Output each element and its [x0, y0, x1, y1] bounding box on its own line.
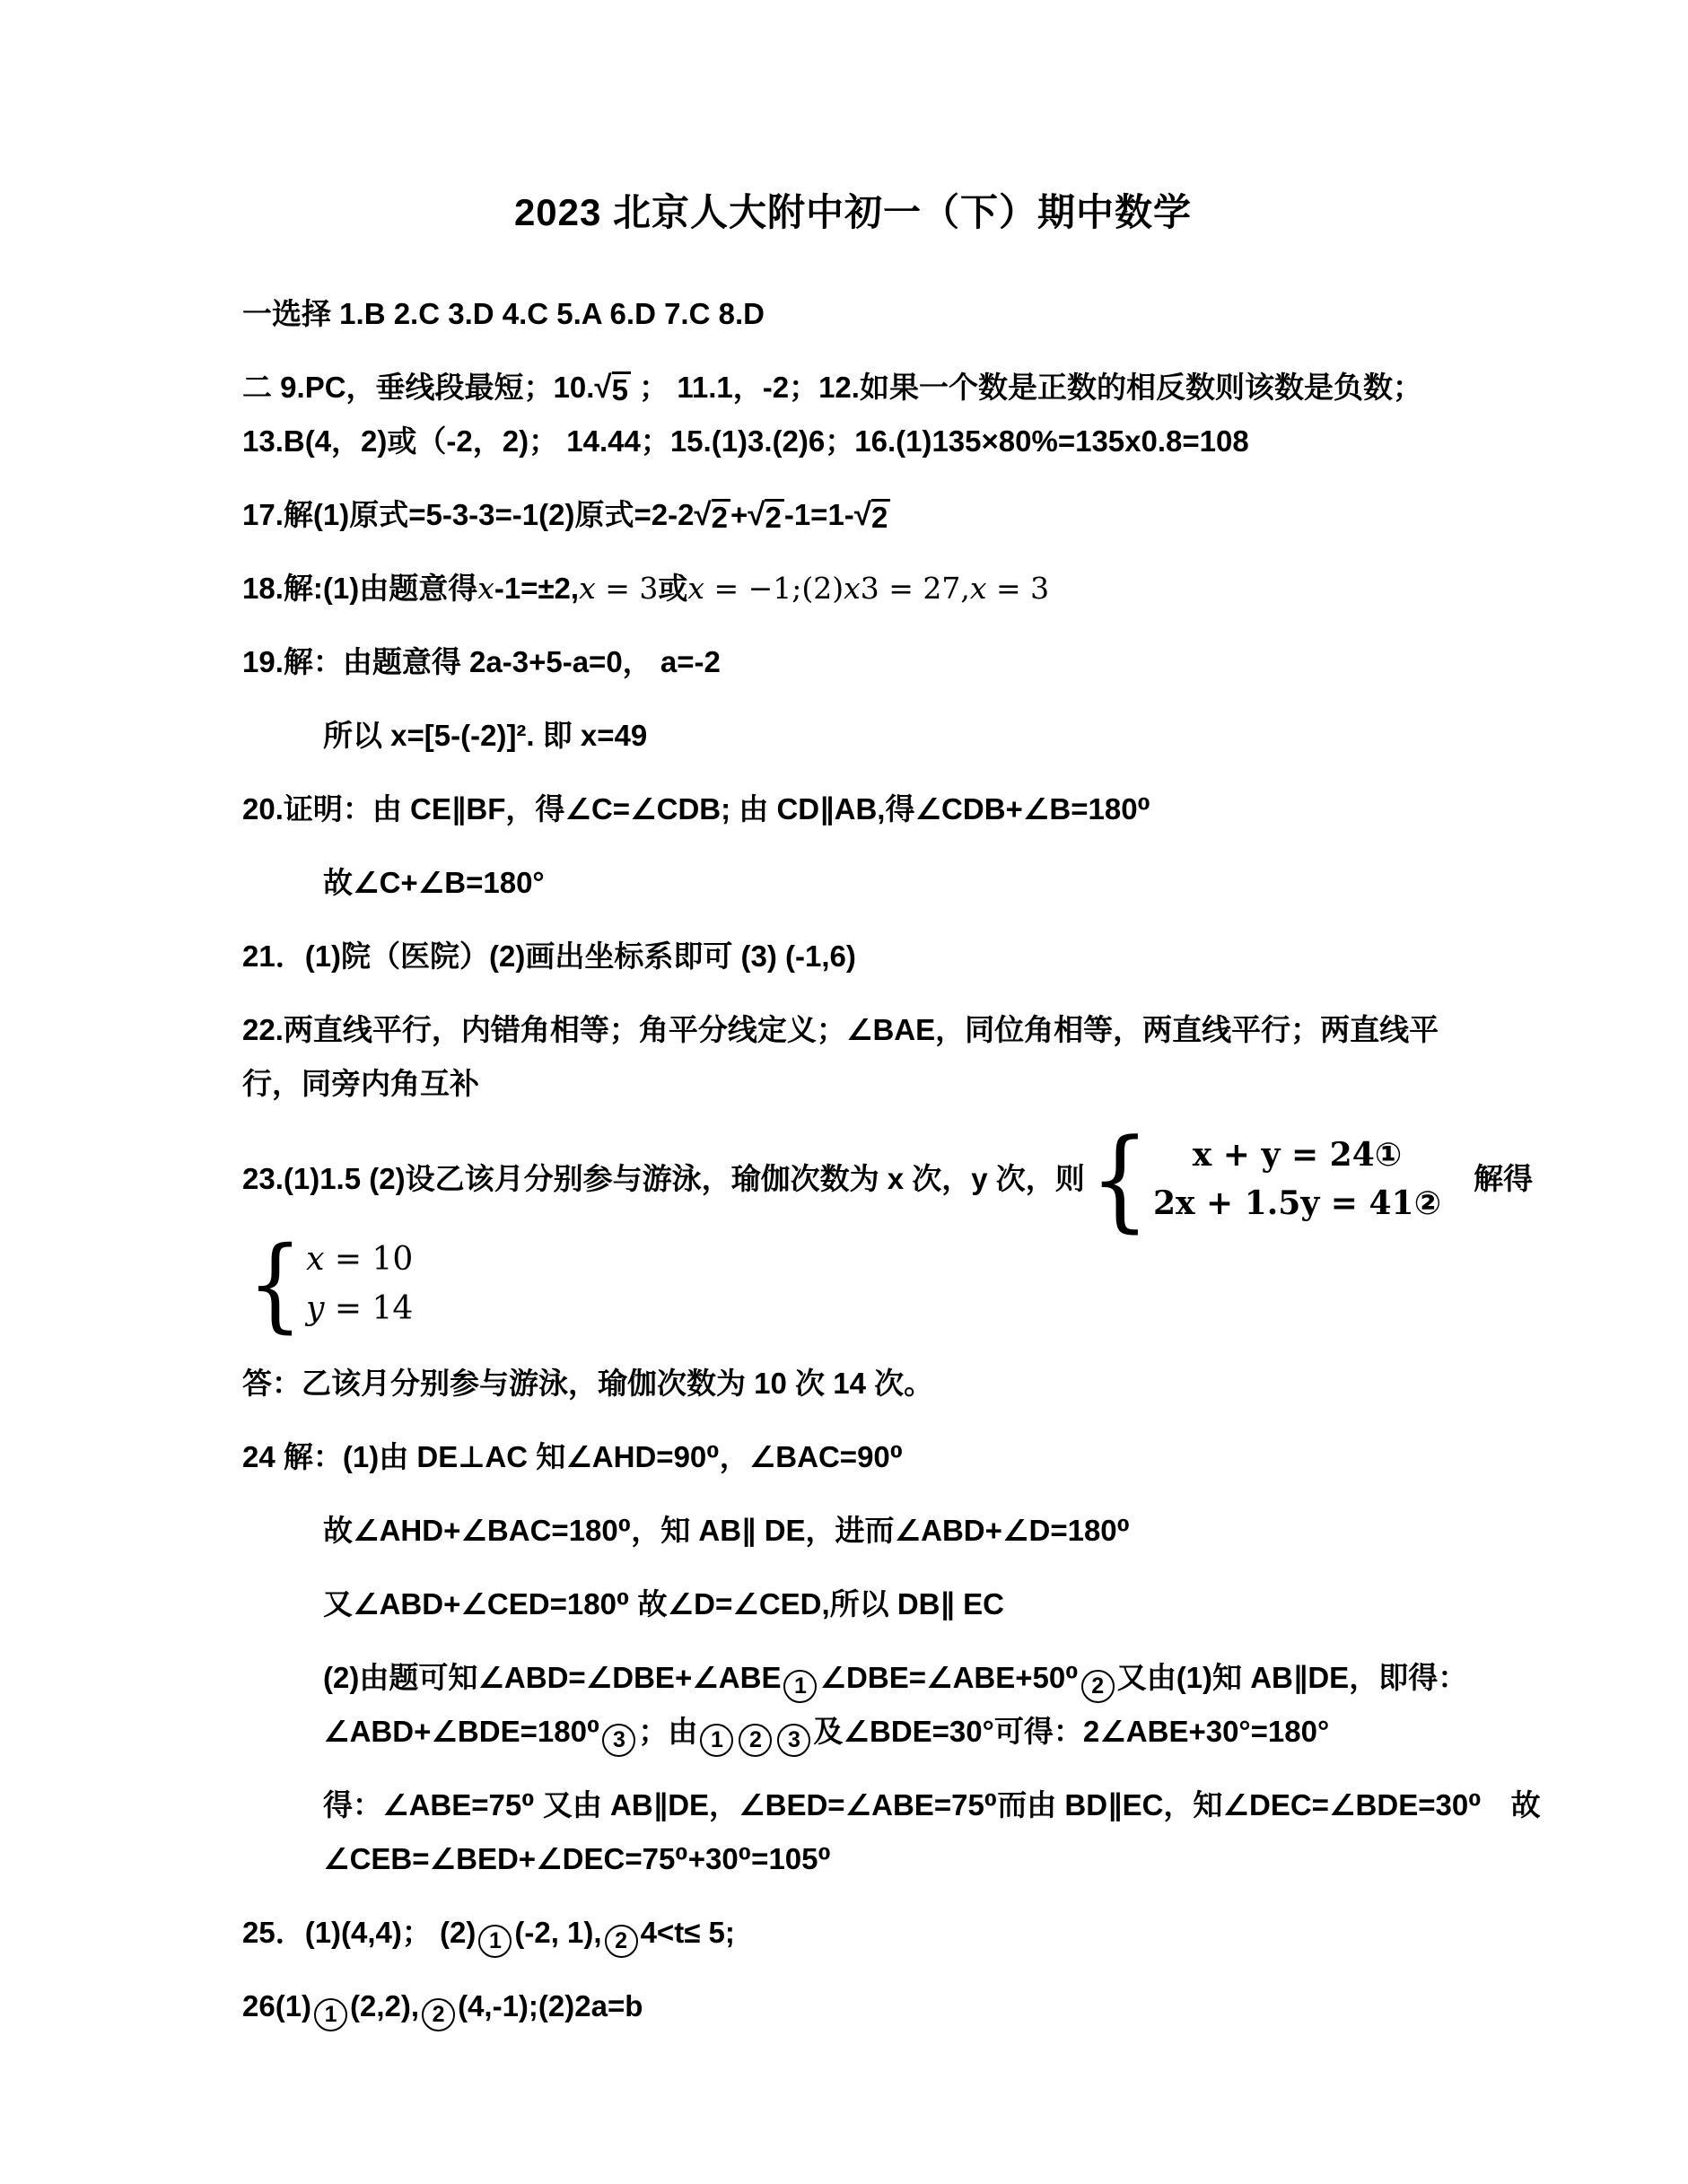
text-run: (2)由题可知∠ABD=∠DBE+∠ABE	[323, 1661, 781, 1694]
answer-line-19: 19.解：由题意得 2a-3+5-a=0， a=-2	[242, 635, 1464, 689]
text-run: x	[306, 1241, 324, 1278]
answer-line-19b: 所以 x=[5-(-2)]². 即 x=49	[323, 709, 1464, 763]
answer-line-24a: 24 解：(1)由 DE⊥AC 知∠AHD=90⁰，∠BAC=90⁰	[242, 1430, 1464, 1484]
text-run: 2x + 1.5y = 41	[1153, 1184, 1414, 1222]
answer-line-22a: 22.两直线平行，内错角相等；角平分线定义；∠BAE，同位角相等，两直线平行；两…	[242, 1003, 1464, 1057]
answer-line-23-answer: 答：乙该月分别参与游泳，瑜伽次数为 10 次 14 次。	[242, 1357, 1464, 1411]
equation-1: x + y = 24①	[1193, 1131, 1402, 1179]
circled-number: 3	[777, 1724, 810, 1757]
text-run: = −1;(2)	[704, 571, 844, 606]
text-run: x	[579, 571, 596, 606]
sqrt-expression: √2	[748, 499, 784, 535]
text-run: +	[730, 498, 748, 531]
radical-sign-icon: √	[854, 499, 871, 532]
answer-line-13-16: 13.B(4，2)或（-2，2)； 14.44；15.(1)3.(2)6；16.…	[242, 415, 1464, 468]
page-title: 2023 北京人大附中初一（下）期中数学	[242, 190, 1464, 235]
text-run: ； 11.1，-2；12.如果一个数是正数的相反数则该数是负数；	[631, 371, 1422, 404]
answer-line-9-12: 二 9.PC，垂线段最短；10.√5 ； 11.1，-2；12.如果一个数是正数…	[242, 361, 1464, 415]
radical-sign-icon: √	[748, 499, 765, 532]
answer-line-20: 20.证明：由 CE∥BF，得∠C=∠CDB; 由 CD∥AB,得∠CDB+∠B…	[242, 782, 1464, 836]
sqrt-expression: √2	[694, 499, 730, 535]
answer-block-fill: 二 9.PC，垂线段最短；10.√5 ； 11.1，-2；12.如果一个数是正数…	[242, 361, 1464, 468]
text-run: 17.解(1)原式=5-3-3=-1(2)原式=2-2	[242, 498, 694, 531]
text-run: = 3	[986, 571, 1049, 606]
answer-line-23: 23.(1)1.5 (2)设乙该月分别参与游泳，瑜伽次数为 x 次，y 次，则 …	[242, 1131, 1464, 1227]
text-run: ；由	[638, 1715, 697, 1748]
text-run: 及∠BDE=30°可得：2∠ABE+30°=180°	[813, 1715, 1329, 1748]
q23-solve-label: 解得	[1474, 1152, 1533, 1206]
text-run: = 14	[324, 1290, 413, 1327]
answer-line-20b: 故∠C+∠B=180°	[323, 856, 1464, 910]
text-run: (2,2),	[350, 1989, 419, 2022]
answer-block-24-part2: (2)由题可知∠ABD=∠DBE+∠ABE1∠DBE=∠ABE+50⁰2又由(1…	[323, 1651, 1464, 1759]
answer-line-18: 18.解:(1)由题意得x-1=±2,x = 3或x = −1;(2)x3 = …	[242, 562, 1464, 616]
circled-number: 2	[422, 1998, 455, 2031]
solution-system-wrap: { x = 10 y = 14	[248, 1235, 413, 1333]
q23-text: 23.(1)1.5 (2)设乙该月分别参与游泳，瑜伽次数为 x 次，y 次，则	[242, 1152, 1085, 1206]
text-run: x	[844, 571, 861, 606]
text-run: 二 9.PC，垂线段最短；10.	[242, 371, 594, 404]
answer-block-22: 22.两直线平行，内错角相等；角平分线定义；∠BAE，同位角相等，两直线平行；两…	[242, 1003, 1464, 1111]
radical-sign-icon: √	[594, 371, 611, 405]
sqrt-expression: √2	[854, 499, 891, 535]
text-run: x	[687, 571, 704, 606]
text-run: ①	[1375, 1136, 1402, 1173]
answer-line-21: 21．(1)院（医院）(2)画出坐标系即可 (3) (-1,6)	[242, 930, 1464, 983]
text-run: x	[970, 571, 987, 606]
text-run: -1=1-	[784, 498, 854, 531]
circled-number: 1	[478, 1925, 512, 1958]
radicand: 2	[871, 499, 890, 535]
radicand: 2	[712, 499, 730, 535]
text-run: ∠ABD+∠BDE=180⁰	[323, 1715, 599, 1748]
equation-system-23: { x + y = 24① 2x + 1.5y = 41②	[1090, 1131, 1441, 1227]
text-run: 又由(1)知 AB∥DE，即得：	[1117, 1661, 1468, 1694]
equation-column: x + y = 24① 2x + 1.5y = 41②	[1153, 1131, 1441, 1227]
document-page: 2023 北京人大附中初一（下）期中数学 一选择 1.B 2.C 3.D 4.C…	[0, 0, 1688, 2184]
text-run: x + y = 24	[1193, 1136, 1375, 1174]
answer-line-25: 25．(1)(4,4)； (2)1(-2, 1),24<t≤ 5;	[242, 1906, 1464, 1960]
left-brace: {	[248, 1234, 302, 1335]
text-run: = 3	[596, 571, 659, 606]
text-run: 3 = 27,	[861, 571, 970, 606]
answer-line-24e2: ∠CEB=∠BED+∠DEC=75⁰+30⁰=105⁰	[323, 1832, 1464, 1886]
radicand: 5	[612, 371, 631, 407]
answer-line-choice: 一选择 1.B 2.C 3.D 4.C 5.A 6.D 7.C 8.D	[242, 287, 1464, 341]
circled-number: 1	[314, 1998, 347, 2031]
text-run: (4,-1);(2)2a=b	[458, 1989, 643, 2022]
solution-column: x = 10 y = 14	[306, 1235, 413, 1333]
answer-line-24b: 故∠AHD+∠BAC=180⁰，知 AB∥ DE，进而∠ABD+∠D=180⁰	[323, 1504, 1464, 1558]
equation-2: 2x + 1.5y = 41②	[1153, 1179, 1441, 1227]
answer-line-17: 17.解(1)原式=5-3-3=-1(2)原式=2-2√2+√2-1=1-√2	[242, 488, 1464, 542]
circled-number: 1	[700, 1724, 733, 1757]
answer-line-24e1: 得：∠ABE=75⁰ 又由 AB∥DE，∠BED=∠ABE=75⁰而由 BD∥E…	[323, 1778, 1464, 1832]
circled-number: 1	[783, 1670, 817, 1703]
circled-number: 3	[602, 1724, 635, 1757]
answer-block-24-conclusion: 得：∠ABE=75⁰ 又由 AB∥DE，∠BED=∠ABE=75⁰而由 BD∥E…	[323, 1778, 1464, 1886]
sqrt-expression: √5	[594, 371, 631, 407]
text-run: -1=±2,	[494, 572, 579, 605]
circled-number: 2	[739, 1724, 772, 1757]
radical-sign-icon: √	[694, 499, 711, 532]
solution-y: y = 14	[306, 1284, 413, 1333]
radicand: 2	[765, 499, 783, 535]
solution-system-23: { x = 10 y = 14	[242, 1235, 1464, 1333]
answer-line-24c: 又∠ABD+∠CED=180⁰ 故∠D=∠CED,所以 DB∥ EC	[323, 1577, 1464, 1631]
text-run: ∠DBE=∠ABE+50⁰	[819, 1661, 1078, 1694]
answer-line-26: 26(1)1(2,2),2(4,-1);(2)2a=b	[242, 1979, 1464, 2033]
text-run: 26(1)	[242, 1989, 311, 2022]
text-run: 25．(1)(4,4)； (2)	[242, 1916, 476, 1949]
left-brace: {	[1090, 1124, 1150, 1235]
text-run: 或	[658, 572, 687, 605]
text-run: x	[477, 571, 494, 606]
answer-line-24d2: ∠ABD+∠BDE=180⁰3；由123及∠BDE=30°可得：2∠ABE+30…	[323, 1705, 1464, 1759]
solution-x: x = 10	[306, 1235, 413, 1284]
circled-number: 2	[605, 1925, 638, 1958]
circled-number: 2	[1081, 1670, 1115, 1703]
text-run: = 10	[324, 1241, 413, 1278]
text-run: y	[306, 1290, 324, 1327]
answer-line-22b: 行，同旁内角互补	[242, 1057, 1464, 1111]
text-run: ②	[1414, 1184, 1441, 1221]
text-run: (-2, 1),	[514, 1916, 601, 1949]
text-run: 18.解:(1)由题意得	[242, 572, 477, 605]
text-run: 4<t≤ 5;	[641, 1916, 735, 1949]
answer-line-24d1: (2)由题可知∠ABD=∠DBE+∠ABE1∠DBE=∠ABE+50⁰2又由(1…	[323, 1651, 1464, 1705]
